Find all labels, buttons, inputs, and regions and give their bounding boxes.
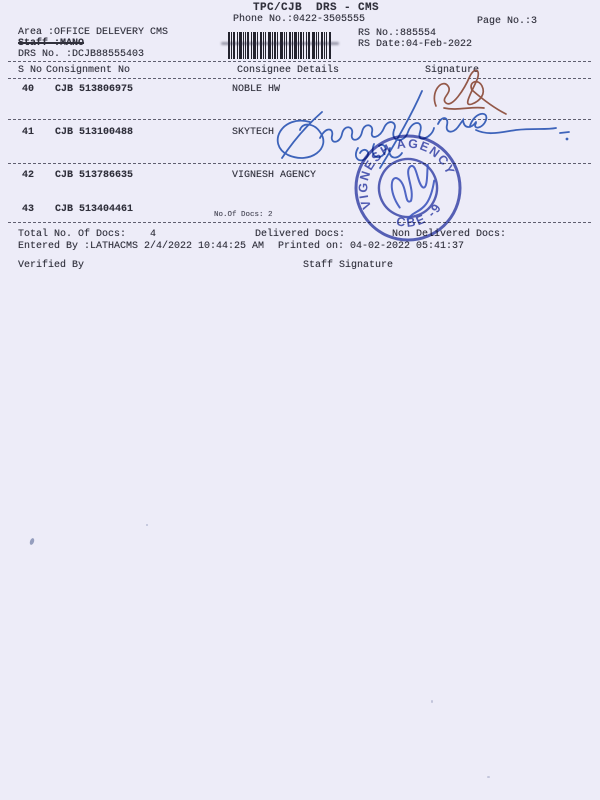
scan-speck	[487, 776, 490, 778]
cell-consignee: VIGNESH AGENCY	[232, 170, 316, 181]
divider	[8, 60, 592, 62]
scanned-delivery-run-sheet: TPC/CJB DRS - CMS Phone No.:0422-3505555…	[0, 0, 600, 800]
page-number: Page No.:3	[477, 16, 537, 27]
cell-sno: 42	[22, 170, 34, 181]
barcode-smudge	[221, 42, 339, 45]
rs-date: RS Date:04-Feb-2022	[358, 39, 472, 50]
scan-speck	[431, 700, 433, 703]
cell-sno: 43	[22, 204, 34, 215]
document-title: TPC/CJB DRS - CMS	[253, 3, 379, 14]
scan-speck	[146, 524, 148, 526]
scan-speck	[29, 538, 35, 546]
col-header-consignee: Consignee Details	[237, 65, 339, 76]
drs-number: DRS No. :DCJB88555403	[18, 49, 144, 60]
cell-sno: 40	[22, 84, 34, 95]
area-field: Area :OFFICE DELEVERY CMS	[18, 27, 168, 38]
barcode	[228, 32, 332, 59]
cell-consignment: CJB 513806975	[55, 84, 133, 95]
verified-by-label: Verified By	[18, 260, 84, 271]
cell-consignment: CJB 513100488	[55, 127, 133, 138]
cell-consignment: CJB 513404461	[55, 204, 133, 215]
rs-number: RS No.:885554	[358, 28, 436, 39]
col-header-sno: S No	[18, 65, 42, 76]
cell-consignment: CJB 513786635	[55, 170, 133, 181]
col-header-consignment: Consignment No	[46, 65, 130, 76]
delivered-docs-label: Delivered Docs:	[255, 229, 345, 240]
divider	[8, 221, 592, 223]
docs-count-note: No.Of Docs: 2	[214, 210, 273, 221]
total-docs-label: Total No. Of Docs:	[18, 229, 126, 240]
staff-field: Staff :MANO	[18, 38, 84, 49]
phone-number: Phone No.:0422-3505555	[233, 14, 365, 25]
total-docs-value: 4	[150, 229, 156, 240]
cell-sno: 41	[22, 127, 34, 138]
entered-by: Entered By :LATHACMS 2/4/2022 10:44:25 A…	[18, 241, 264, 252]
